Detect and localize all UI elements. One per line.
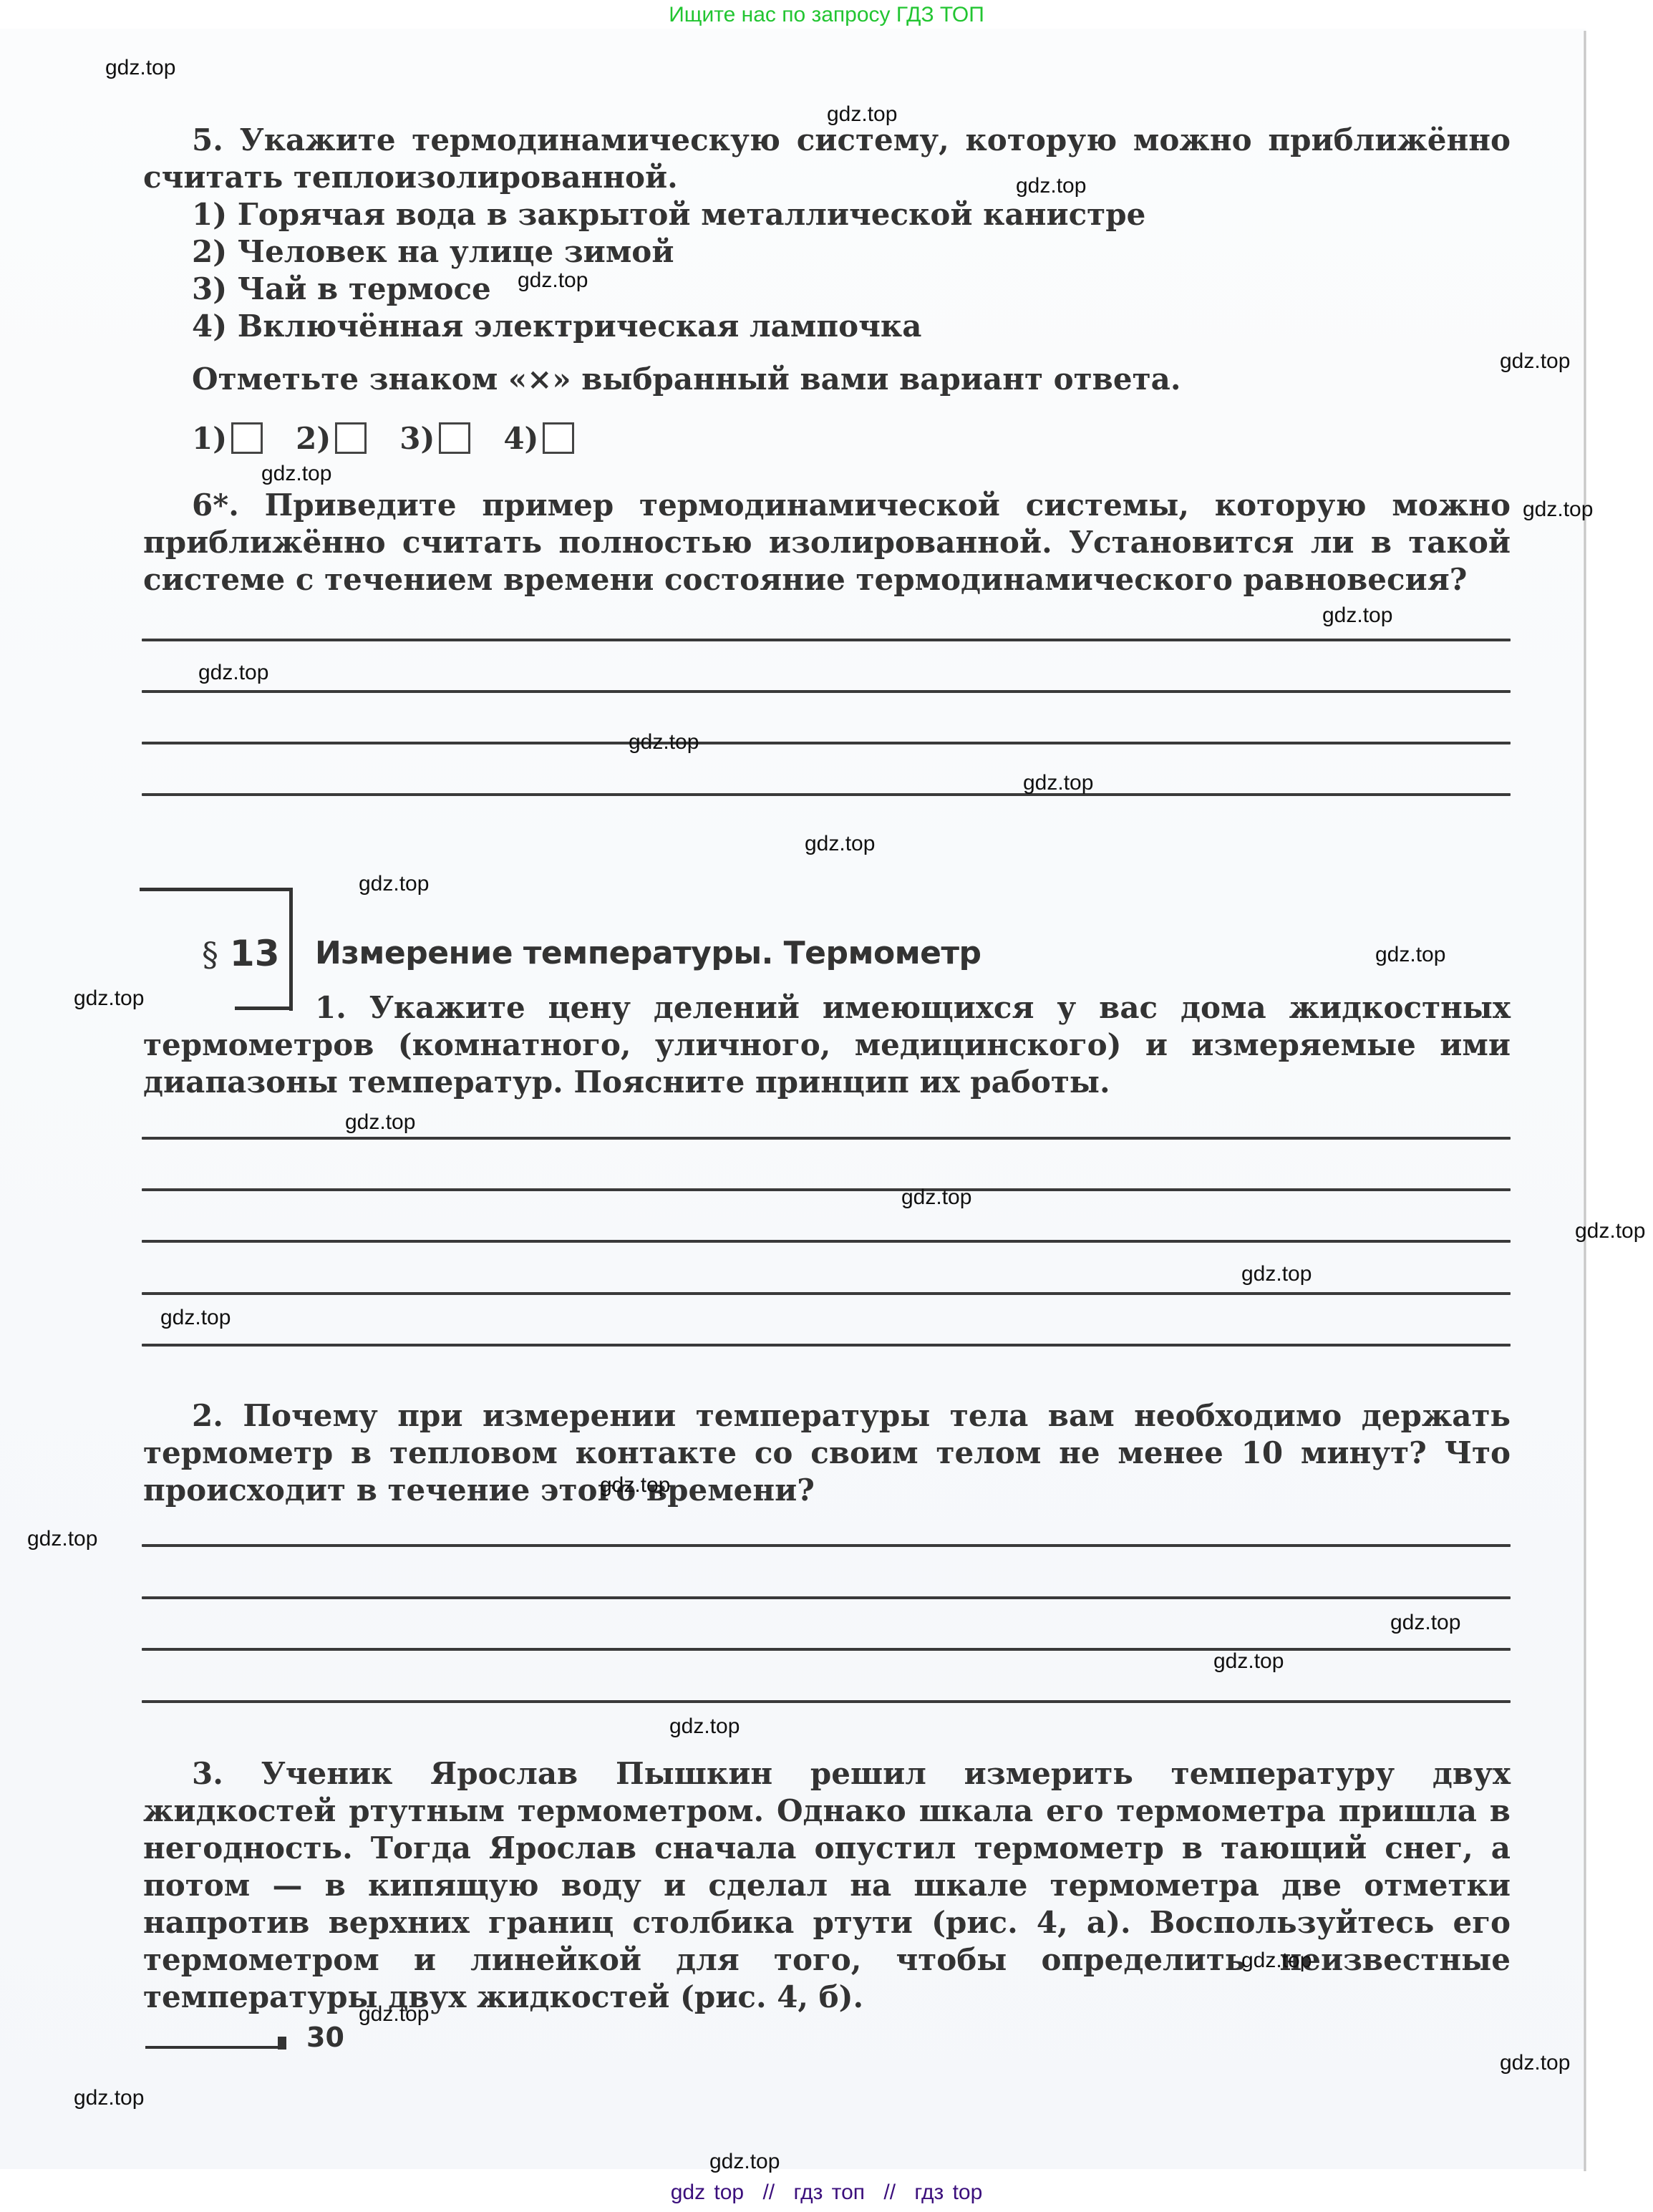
footer-link-3[interactable]: гдз top xyxy=(914,2181,982,2205)
watermark: gdz.top xyxy=(1575,1221,1645,1242)
watermark: gdz.top xyxy=(600,1475,670,1496)
watermark: gdz.top xyxy=(1322,605,1392,626)
answer-checkbox-1[interactable] xyxy=(231,422,263,454)
watermark: gdz.top xyxy=(1500,351,1570,372)
question-5-text: Укажите термодинамическую систему, котор… xyxy=(143,122,1511,195)
page-edge-shadow xyxy=(1584,31,1586,2171)
question-6: 6*. Приведите пример термодинамической с… xyxy=(143,487,1511,598)
answer-choice-3: 3) xyxy=(399,421,470,456)
answer-choice-2: 2) xyxy=(296,421,367,456)
watermark: gdz.top xyxy=(105,57,175,79)
answer-label-1: 1) xyxy=(192,421,227,456)
watermark: gdz.top xyxy=(261,463,331,485)
answer-label-4: 4) xyxy=(503,421,538,456)
question-5-option-1: 1) Горячая вода в закрытой металлической… xyxy=(192,196,1145,233)
watermark: gdz.top xyxy=(27,1528,97,1550)
watermark: gdz.top xyxy=(518,270,588,291)
s13-question-2: 2. Почему при измерении температуры тела… xyxy=(143,1397,1511,1509)
section-title: Измерение температуры. Термометр xyxy=(315,932,981,975)
s13-question-2-text: Почему при измерении температуры тела ва… xyxy=(143,1398,1511,1508)
watermark: gdz.top xyxy=(198,662,268,684)
answer-label-3: 3) xyxy=(399,421,435,456)
s13-question-1-number: 1. xyxy=(315,990,346,1025)
s13-question-2-number: 2. xyxy=(192,1398,223,1433)
footer-link-2[interactable]: гдз топ xyxy=(793,2181,865,2205)
question-5-option-2: 2) Человек на улице зимой xyxy=(192,233,674,271)
page-number-rule xyxy=(145,2046,281,2049)
answer-line-q6-3[interactable] xyxy=(142,742,1511,744)
watermark: gdz.top xyxy=(1500,2052,1570,2074)
s13-question-3-number: 3. xyxy=(192,1756,223,1791)
answer-line-s13q2-3[interactable] xyxy=(142,1648,1511,1651)
watermark: gdz.top xyxy=(805,833,875,855)
watermark: gdz.top xyxy=(1016,175,1086,197)
question-6-text: Приведите пример термодинамической систе… xyxy=(143,487,1511,597)
page-number-marker xyxy=(278,2037,286,2050)
s13-question-1-text: Укажите цену делений имеющихся у вас дом… xyxy=(143,990,1511,1100)
answer-choice-4: 4) xyxy=(503,421,574,456)
question-5-option-3: 3) Чай в термосе xyxy=(192,271,491,308)
footer-separator: // xyxy=(883,2181,896,2205)
watermark: gdz.top xyxy=(74,2087,144,2109)
watermark: gdz.top xyxy=(1241,1263,1312,1285)
s13-question-1: 1. Укажите цену делений имеющихся у вас … xyxy=(143,989,1511,1101)
watermark: gdz.top xyxy=(74,988,144,1009)
section-number-value: 13 xyxy=(230,933,280,974)
top-banner[interactable]: Ищите нас по запросу ГДЗ ТОП xyxy=(0,3,1653,27)
page-number: 30 xyxy=(306,2022,344,2053)
section-symbol: § xyxy=(202,935,218,974)
answer-line-s13q2-1[interactable] xyxy=(142,1544,1511,1547)
s13-question-3-text: Ученик Ярослав Пышкин решил измерить тем… xyxy=(143,1756,1511,2014)
watermark: gdz.top xyxy=(901,1187,971,1208)
answer-line-q6-2[interactable] xyxy=(142,690,1511,693)
watermark: gdz.top xyxy=(1241,1950,1312,1971)
answer-line-s13q1-3[interactable] xyxy=(142,1240,1511,1243)
watermark: gdz.top xyxy=(359,873,429,895)
watermark: gdz.top xyxy=(1213,1651,1284,1672)
question-5-option-4: 4) Включённая электрическая лампочка xyxy=(192,308,921,345)
answer-checkbox-2[interactable] xyxy=(335,422,367,454)
watermark: gdz.top xyxy=(1390,1612,1460,1634)
question-6-number: 6*. xyxy=(192,487,239,523)
answer-checkbox-4[interactable] xyxy=(543,422,574,454)
watermark: gdz.top xyxy=(629,732,699,753)
watermark: gdz.top xyxy=(1523,499,1593,520)
answer-checkbox-3[interactable] xyxy=(439,422,470,454)
watermark: gdz.top xyxy=(160,1307,231,1329)
footer-separator: // xyxy=(762,2181,775,2205)
answer-line-s13q1-2[interactable] xyxy=(142,1188,1511,1191)
answer-line-s13q1-4[interactable] xyxy=(142,1292,1511,1295)
section-bracket-top xyxy=(140,888,292,891)
answer-line-q6-1[interactable] xyxy=(142,639,1511,641)
watermark: gdz.top xyxy=(669,1716,740,1737)
watermark: gdz.top xyxy=(827,104,897,125)
watermark: gdz.top xyxy=(1375,944,1445,966)
watermark: gdz.top xyxy=(709,2151,780,2173)
answer-label-2: 2) xyxy=(296,421,331,456)
answer-line-s13q1-1[interactable] xyxy=(142,1137,1511,1140)
question-5-instruction: Отметьте знаком «×» выбранный вами вариа… xyxy=(192,361,1181,398)
watermark: gdz.top xyxy=(1023,772,1093,794)
answer-line-q6-4[interactable] xyxy=(142,793,1511,796)
footer-links: gdz top // гдз топ // гдз top xyxy=(0,2181,1653,2205)
answer-choices: 1) 2) 3) 4) xyxy=(192,417,607,460)
question-5-number: 5. xyxy=(192,122,223,157)
answer-choice-1: 1) xyxy=(192,421,263,456)
answer-line-s13q2-4[interactable] xyxy=(142,1700,1511,1703)
s13-question-3: 3. Ученик Ярослав Пышкин решил измерить … xyxy=(143,1755,1511,2016)
watermark: gdz.top xyxy=(359,2004,429,2025)
footer-link-1[interactable]: gdz top xyxy=(671,2181,744,2205)
question-5: 5. Укажите термодинамическую систему, ко… xyxy=(143,122,1511,196)
section-number: § 13 xyxy=(202,932,280,976)
answer-line-s13q1-5[interactable] xyxy=(142,1344,1511,1347)
answer-line-s13q2-2[interactable] xyxy=(142,1596,1511,1599)
watermark: gdz.top xyxy=(345,1112,415,1133)
